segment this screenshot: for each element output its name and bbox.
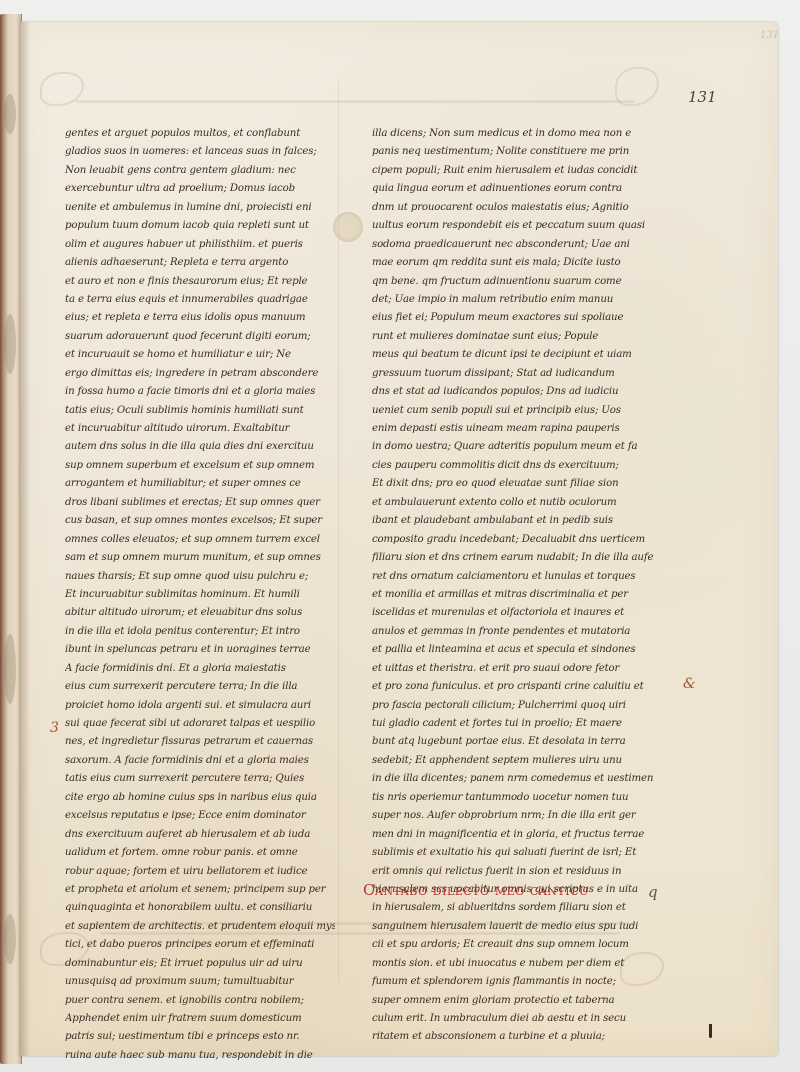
text-line: dros libani sublimes et erectas; Et sup … [65, 494, 335, 512]
text-line: ritatem et absconsionem a turbine et a p… [372, 1028, 657, 1046]
text-line: in die illa dicentes; panem nrm comedemu… [372, 770, 657, 788]
text-line: gladios suos in uomeres: et lanceas suas… [65, 143, 335, 161]
text-line: et pro zona funiculus. et pro crispanti … [372, 678, 657, 696]
margin-mark-symbol: & [683, 676, 695, 692]
text-line: excelsus reputatus e ipse; Ecce enim dom… [65, 807, 335, 825]
text-line: mae eorum qm reddita sunt eis mala; Dici… [372, 254, 657, 272]
text-line: et ambulauerunt extento collo et nutib o… [372, 494, 657, 512]
text-line: abitur altitudo uirorum; et eleuabitur d… [65, 604, 335, 622]
text-line: ueniet cum senib populi sui et principib… [372, 402, 657, 420]
text-line: saxorum. A facie formidinis dni et a glo… [65, 752, 335, 770]
text-line: sodoma praedicauerunt nec absconderunt; … [372, 236, 657, 254]
right-text-column: illa dicens; Non sum medicus et in domo … [372, 125, 657, 1047]
text-line: in fossa humo a facie timoris dni et a g… [65, 383, 335, 401]
parchment-hole [333, 212, 363, 242]
text-line: naues tharsis; Et sup omne quod uisu pul… [65, 568, 335, 586]
text-line: runt et mulieres dominatae sunt eius; Po… [372, 328, 657, 346]
text-line: et pallia et linteamina et acus et specu… [372, 641, 657, 659]
text-line: composito gradu incedebant; Decaluabit d… [372, 531, 657, 549]
text-line: populum tuum domum iacob quia repleti su… [65, 217, 335, 235]
stain [4, 94, 16, 134]
text-line: iscelidas et murenulas et olfactoriola e… [372, 604, 657, 622]
text-line: montis sion. et ubi inuocatus e nubem pe… [372, 955, 657, 973]
text-line: dns et stat ad iudicandos populos; Dns a… [372, 383, 657, 401]
text-line: unusquisq ad proximum suum; tumultuabitu… [65, 973, 335, 991]
text-line: eius fiet ei; Populum meum exactores sui… [372, 309, 657, 327]
text-line: bunt atq lugebunt portae eius. Et desola… [372, 733, 657, 751]
text-line: super nos. Aufer obprobrium nrm; In die … [372, 807, 657, 825]
text-line: dominabuntur eis; Et irruet populus uir … [65, 955, 335, 973]
text-line: culum erit. In umbraculum diei ab aestu … [372, 1010, 657, 1028]
text-line: puer contra senem. et ignobilis contra n… [65, 992, 335, 1010]
folio-number-faint: 131 [760, 30, 779, 41]
text-line: sam et sup omnem murum munitum, et sup o… [65, 549, 335, 567]
text-line: et monilia et armillas et mitras discrim… [372, 586, 657, 604]
text-line: sedebit; Et apphendent septem mulieres u… [372, 752, 657, 770]
text-line: tui gladio cadent et fortes tui in proel… [372, 715, 657, 733]
text-line: cipem populi; Ruit enim hierusalem et iu… [372, 162, 657, 180]
text-line: ualidum et fortem. omne robur panis. et … [65, 844, 335, 862]
text-line: et uittas et theristra. et erit pro suau… [372, 660, 657, 678]
text-line: in die illa et idola penitus conterentur… [65, 623, 335, 641]
folio-number: 131 [688, 88, 717, 106]
text-line: suarum adorauerunt quod fecerunt digiti … [65, 328, 335, 346]
stain [4, 314, 16, 374]
text-line: sui quae fecerat sibi ut adoraret talpas… [65, 715, 335, 733]
text-line: cite ergo ab homine cuius sps in naribus… [65, 789, 335, 807]
text-line: ergo dimittas eis; ingredere in petram a… [65, 365, 335, 383]
text-line: dns exercituum auferet ab hierusalem et … [65, 826, 335, 844]
text-line: quia lingua eorum et adinuentiones eorum… [372, 180, 657, 198]
text-line: ruina aute haec sub manu tua, respondebi… [65, 1047, 335, 1065]
quire-mark: q [648, 883, 658, 901]
text-line: et incuruabitur altitudo uirorum. Exalta… [65, 420, 335, 438]
text-line: eius cum surrexerit percutere terra; In … [65, 678, 335, 696]
text-line: cii et spu ardoris; Et creauit dns sup o… [372, 936, 657, 954]
text-line: et incuruauit se homo et humiliatur e ui… [65, 346, 335, 364]
text-line: cus basan, et sup omnes montes excelsos;… [65, 512, 335, 530]
text-line: det; Uae impio in malum retributio enim … [372, 291, 657, 309]
text-line: fumum et splendorem ignis flammantis in … [372, 973, 657, 991]
stain [4, 914, 16, 964]
stain [4, 634, 16, 704]
text-line: omnes colles eleuatos; et sup omnem turr… [65, 531, 335, 549]
text-line: gentes et arguet populos multos, et conf… [65, 125, 335, 143]
text-line: Apphendet enim uir fratrem suum domestic… [65, 1010, 335, 1028]
text-line: super omnem enim gloriam protectio et ta… [372, 992, 657, 1010]
text-line: ta e terra eius equis et innumerabiles q… [65, 291, 335, 309]
text-line: A facie formidinis dni. Et a gloria maie… [65, 660, 335, 678]
text-line: ret dns ornatum calciamentoru et lunulas… [372, 568, 657, 586]
text-line: tatis eius cum surrexerit percutere terr… [65, 770, 335, 788]
text-line: filiaru sion et dns crinem earum nudabit… [372, 549, 657, 567]
text-line: Et dixit dns; pro eo quod eleuatae sunt … [372, 475, 657, 493]
text-line: cies pauperu commolitis dicit dns ds exe… [372, 457, 657, 475]
text-line: patris sui; uestimentum tibi e princeps … [65, 1028, 335, 1046]
text-line: in hierusalem, si ablueritdns sordem fil… [372, 899, 657, 917]
text-line: et sapientem de architectis. et prudente… [65, 918, 335, 936]
text-line: alienis adhaeserunt; Repleta e terra arg… [65, 254, 335, 272]
text-line: ibunt in speluncas petraru et in uoragin… [65, 641, 335, 659]
text-line: pro fascia pectorali cilicium; Pulcherri… [372, 697, 657, 715]
text-line: erit omnis qui relictus fuerit in sion e… [372, 863, 657, 881]
text-line: panis neq uestimentum; Nolite constituer… [372, 143, 657, 161]
ink-blot [709, 1024, 712, 1038]
text-line: men dni in magnificentia et in gloria, e… [372, 826, 657, 844]
text-line: meus qui beatum te dicunt ipsi te decipi… [372, 346, 657, 364]
text-line: proiciet homo idola argenti sui. et simu… [65, 697, 335, 715]
text-line: nes, et ingredietur fissuras petrarum et… [65, 733, 335, 751]
text-line: Et incuruabitur sublimitas hominum. Et h… [65, 586, 335, 604]
rubric-heading: Cantabo dilecto meo canticu [363, 881, 589, 899]
text-line: in domo uestra; Quare adteritis populum … [372, 438, 657, 456]
text-line: sanguinem hierusalem lauerit de medio ei… [372, 918, 657, 936]
offset-text-ghost [75, 100, 635, 103]
text-line: et auro et non e finis thesaurorum eius;… [65, 273, 335, 291]
text-line: qm bene. qm fructum adinuentionu suarum … [372, 273, 657, 291]
text-line: tatis eius; Oculi sublimis hominis humil… [65, 402, 335, 420]
text-line: ibant et plaudebant ambulabant et in ped… [372, 512, 657, 530]
text-line: illa dicens; Non sum medicus et in domo … [372, 125, 657, 143]
text-line: uenite et ambulemus in lumine dni, proie… [65, 199, 335, 217]
text-line: enim depasti estis uineam meam rapina pa… [372, 420, 657, 438]
previous-leaf-edge [0, 14, 22, 1064]
text-line: Non leuabit gens contra gentem gladium: … [65, 162, 335, 180]
text-line: quinquaginta et honorabilem uultu. et co… [65, 899, 335, 917]
text-line: sublimis et exultatio his qui saluati fu… [372, 844, 657, 862]
text-line: olim et augures habuer ut philisthiim. e… [65, 236, 335, 254]
text-line: exercebuntur ultra ad proelium; Domus ia… [65, 180, 335, 198]
text-line: et propheta et ariolum et senem; princip… [65, 881, 335, 899]
text-line: anulos et gemmas in fronte pendentes et … [372, 623, 657, 641]
left-text-column: gentes et arguet populos multos, et conf… [65, 125, 335, 1065]
text-line: dnm ut prouocarent oculos maiestatis eiu… [372, 199, 657, 217]
text-line: autem dns solus in die illa quia dies dn… [65, 438, 335, 456]
text-line: sup omnem superbum et excelsum et sup om… [65, 457, 335, 475]
text-line: robur aquae; fortem et uiru bellatorem e… [65, 863, 335, 881]
text-line: tis nris operiemur tantummodo uocetur no… [372, 789, 657, 807]
text-line: eius; et repleta e terra eius idolis opu… [65, 309, 335, 327]
margin-number-mark: 3 [50, 720, 59, 736]
text-line: uultus eorum respondebit eis et peccatum… [372, 217, 657, 235]
text-line: gressuum tuorum dissipant; Stat ad iudic… [372, 365, 657, 383]
text-line: tici, et dabo pueros principes eorum et … [65, 936, 335, 954]
text-line: arrogantem et humiliabitur; et super omn… [65, 475, 335, 493]
